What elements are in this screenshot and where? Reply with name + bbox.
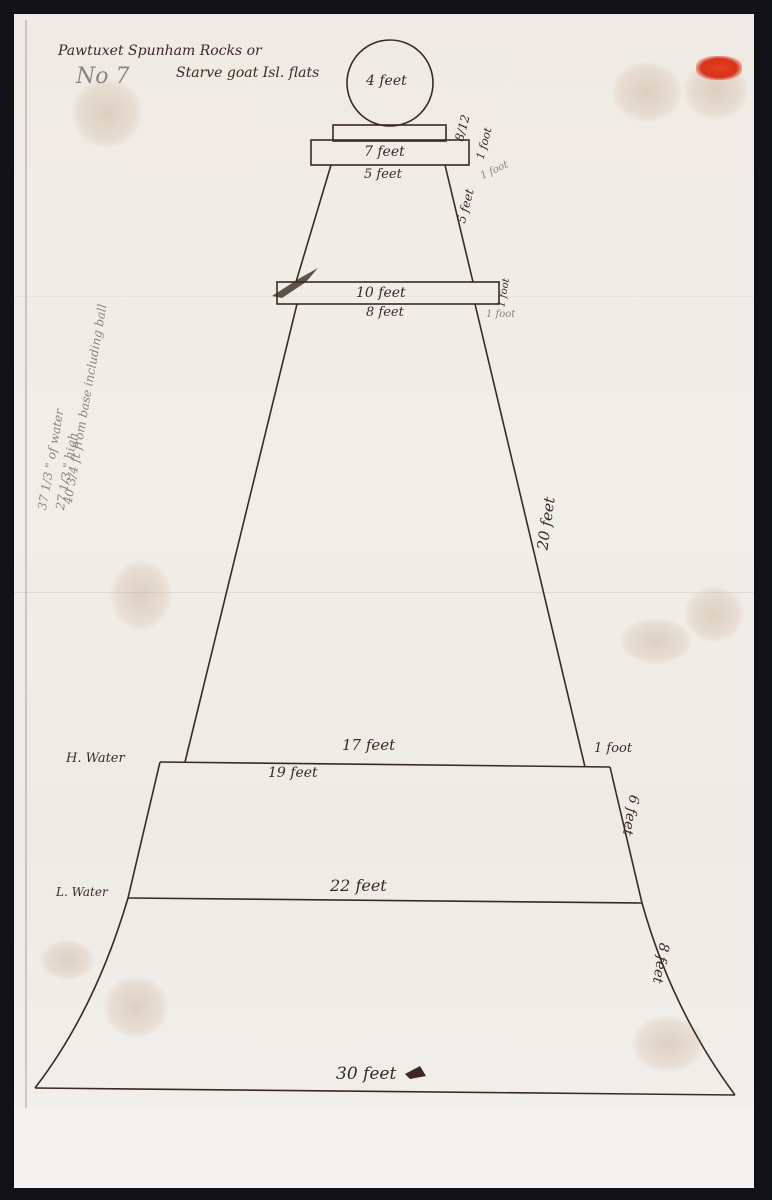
- base-line: [35, 1088, 735, 1095]
- top-band-under-label: 5 feet: [364, 168, 402, 181]
- upper-taper-left: [296, 165, 331, 282]
- cap-block: [333, 125, 446, 141]
- high-water-line: [160, 762, 610, 767]
- high-water-corner-note: 1 foot: [594, 742, 632, 755]
- top-band-label: 7 feet: [364, 145, 405, 159]
- ball-label: 4 feet: [366, 74, 407, 88]
- high-water-under-label: 19 feet: [268, 766, 318, 780]
- low-water-width: 22 feet: [330, 878, 387, 894]
- ink-blot: [272, 268, 318, 298]
- low-water-line: [128, 898, 642, 903]
- document-title-line-1: Pawtuxet Spunham Rocks or: [58, 44, 262, 58]
- document-title-line-2: Starve goat Isl. flats: [176, 66, 319, 80]
- ink-blot: [405, 1066, 426, 1079]
- high-water-top-width: 17 feet: [342, 738, 395, 753]
- shaft-left: [185, 304, 297, 762]
- low-water-label: L. Water: [56, 886, 108, 898]
- base-width-label: 30 feet: [336, 1066, 396, 1083]
- base-curve-left: [35, 898, 128, 1088]
- middle-band-under-label: 8 feet: [366, 306, 404, 319]
- shaft-right: [475, 304, 585, 767]
- base-curve-right: [642, 903, 735, 1095]
- upper-taper-right: [445, 165, 473, 282]
- middle-band-label: 10 feet: [356, 286, 406, 300]
- crib-left: [128, 762, 160, 898]
- middle-band-lower-note: 1 foot: [486, 310, 515, 320]
- high-water-label: H. Water: [66, 752, 125, 765]
- catalog-number: No 7: [76, 66, 130, 88]
